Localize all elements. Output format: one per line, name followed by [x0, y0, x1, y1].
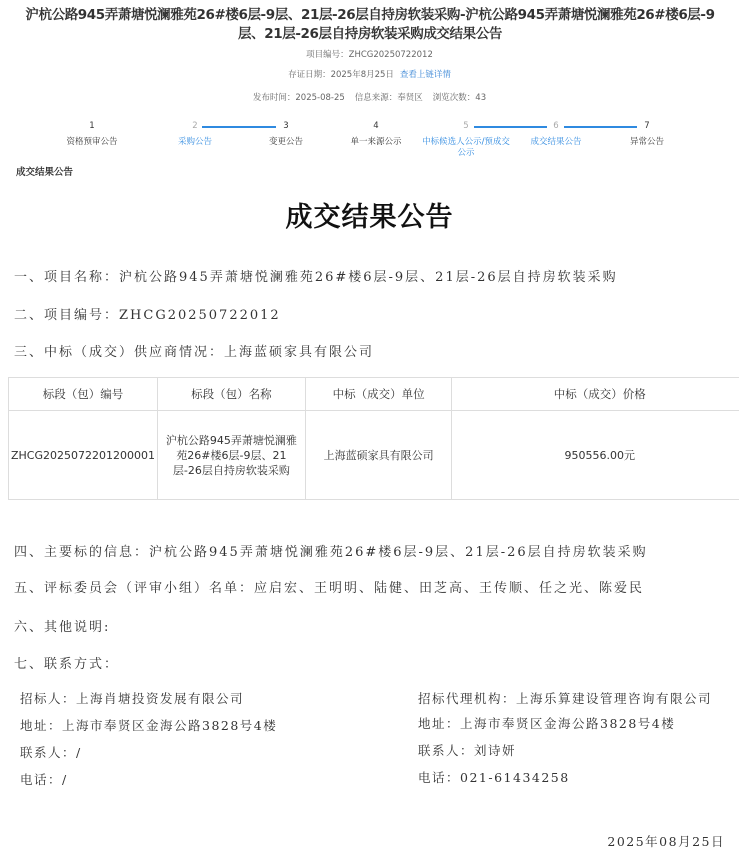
- agency-phone: 电话：021-61434258: [418, 769, 739, 796]
- result-table: 标段（包）编号 标段（包）名称 中标（成交）单位 中标（成交）价格 ZHCG20…: [8, 377, 739, 500]
- lot-number: ZHCG2025072201200001: [9, 411, 158, 500]
- other-notes-line: 六、其他说明:: [14, 616, 110, 635]
- col-header: 标段（包）名称: [157, 378, 305, 411]
- tenderer-name: 招标人：上海肖塘投资发展有限公司: [20, 690, 277, 717]
- step-1[interactable]: 1资格预审公告: [42, 119, 142, 148]
- chain-detail-link[interactable]: 查看上链详情: [400, 70, 451, 80]
- view-count: 浏览次数：43: [433, 93, 486, 103]
- agency-contact: 招标代理机构：上海乐算建设管理咨询有限公司 地址：上海市奉贤区金海公路3828号…: [418, 690, 739, 796]
- step-4[interactable]: 4单一来源公示: [326, 119, 426, 148]
- step-2[interactable]: 2采购公告: [145, 119, 245, 148]
- committee-line: 五、评标委员会（评审小组）名单：应启宏、王明明、陆健、田芝高、王传顺、任之光、陈…: [14, 577, 644, 596]
- table-header-row: 标段（包）编号 标段（包）名称 中标（成交）单位 中标（成交）价格: [9, 378, 739, 411]
- evidence-date: 存证日期：2025年8月25日: [288, 70, 394, 80]
- agency-person: 联系人：刘诗妍: [418, 742, 739, 769]
- step-5[interactable]: 5中标候选人公示/预成交公示: [416, 119, 516, 159]
- main-subject-line: 四、主要标的信息：沪杭公路945弄萧塘悦澜雅苑26#楼6层-9层、21层-26层…: [14, 541, 648, 560]
- project-name-line: 一、项目名称：沪杭公路945弄萧塘悦澜雅苑26#楼6层-9层、21层-26层自持…: [14, 266, 618, 285]
- sign-date: 2025年08月25日: [607, 832, 725, 850]
- col-header: 中标（成交）单位: [305, 378, 452, 411]
- winning-price: 950556.00元: [452, 411, 739, 500]
- table-row: ZHCG2025072201200001 沪杭公路945弄萧塘悦澜雅苑26#楼6…: [9, 411, 739, 500]
- section-tag: 成交结果公告: [16, 164, 73, 178]
- page-title: 沪杭公路945弄萧塘悦澜雅苑26#楼6层-9层、21层-26层自持房软装采购-沪…: [20, 6, 720, 44]
- col-header: 标段（包）编号: [9, 378, 158, 411]
- document-title: 成交结果公告: [0, 195, 739, 234]
- project-number: 项目编号：ZHCG20250722012: [0, 48, 739, 60]
- step-6[interactable]: 6成交结果公告: [506, 119, 606, 148]
- process-steps: 1资格预审公告 2采购公告 3变更公告 4单一来源公示 5中标候选人公示/预成交…: [0, 119, 739, 169]
- contact-heading: 七、联系方式：: [14, 653, 119, 672]
- col-header: 中标（成交）价格: [452, 378, 739, 411]
- tenderer-person: 联系人：/: [20, 744, 277, 771]
- supplier-line: 三、中标（成交）供应商情况：上海蓝硕家具有限公司: [14, 341, 374, 360]
- tenderer-address: 地址：上海市奉贤区金海公路3828号4楼: [20, 717, 277, 744]
- agency-name: 招标代理机构：上海乐算建设管理咨询有限公司: [418, 690, 739, 707]
- agency-address: 地址：上海市奉贤区金海公路3828号4楼: [418, 715, 739, 742]
- lot-name: 沪杭公路945弄萧塘悦澜雅苑26#楼6层-9层、21层-26层自持房软装采购: [157, 411, 305, 500]
- step-7[interactable]: 7异常公告: [597, 119, 697, 148]
- publish-time: 发布时间：2025-08-25: [253, 93, 345, 103]
- tenderer-phone: 电话：/: [20, 771, 277, 798]
- project-number-line: 二、项目编号：ZHCG20250722012: [14, 304, 281, 323]
- tenderer-contact: 招标人：上海肖塘投资发展有限公司 地址：上海市奉贤区金海公路3828号4楼 联系…: [20, 690, 277, 798]
- evidence-line: 存证日期：2025年8月25日查看上链详情: [0, 68, 739, 80]
- step-3[interactable]: 3变更公告: [236, 119, 336, 148]
- info-source: 信息来源：奉贤区: [355, 93, 423, 103]
- winning-unit: 上海蓝硕家具有限公司: [305, 411, 452, 500]
- publish-info: 发布时间：2025-08-25信息来源：奉贤区浏览次数：43: [0, 91, 739, 103]
